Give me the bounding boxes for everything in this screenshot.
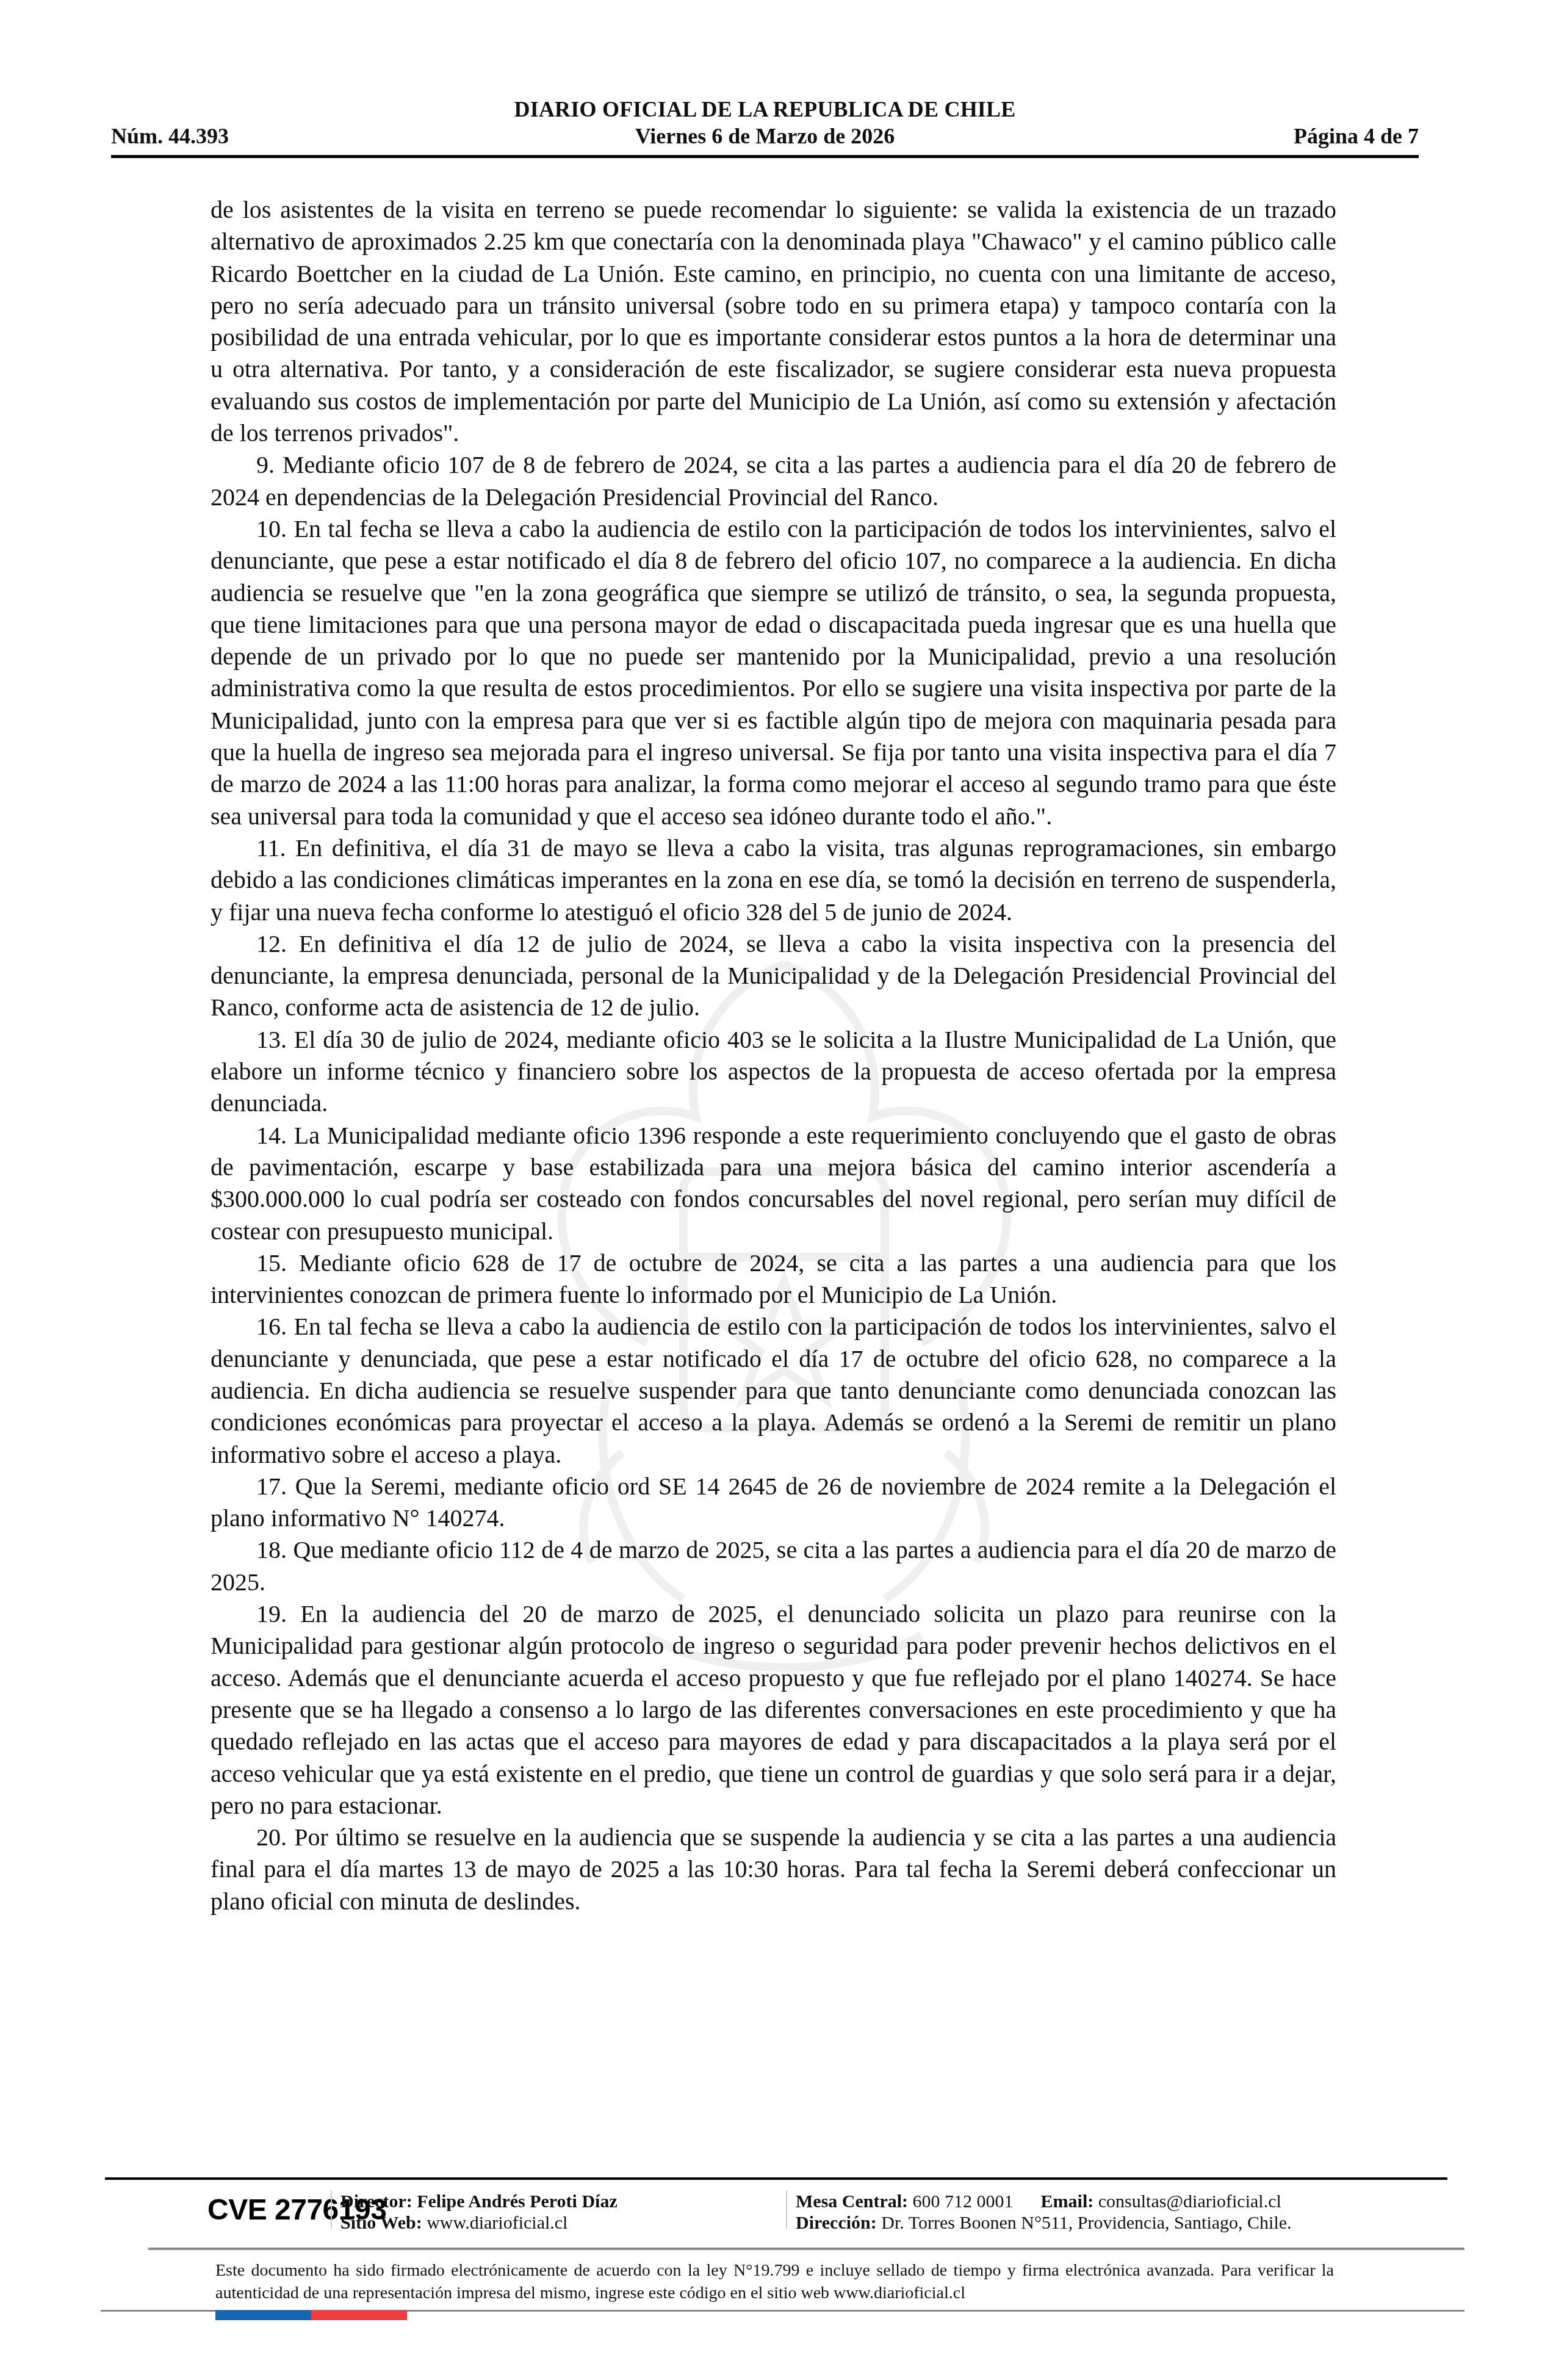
paragraph-continuation: de los asistentes de la visita en terren… (211, 194, 1336, 449)
header-divider (111, 155, 1419, 158)
paragraph-11: 11. En definitiva, el día 31 de mayo se … (211, 832, 1336, 928)
website-label: Sitio Web: (340, 2213, 422, 2233)
paragraph-12: 12. En definitiva el día 12 de julio de … (211, 928, 1336, 1024)
chile-flag-bar (215, 2310, 407, 2320)
publication-title: DIARIO OFICIAL DE LA REPUBLICA DE CHILE (111, 96, 1419, 122)
flag-blue-stripe (215, 2310, 311, 2320)
issue-date: Viernes 6 de Marzo de 2026 (111, 123, 1419, 149)
page-header: DIARIO OFICIAL DE LA REPUBLICA DE CHILE … (111, 92, 1419, 159)
paragraph-15: 15. Mediante oficio 628 de 17 de octubre… (211, 1247, 1336, 1311)
email-label: Email: (1041, 2191, 1094, 2212)
director-name: Felipe Andrés Peroti Díaz (417, 2191, 618, 2212)
paragraph-20: 20. Por último se resuelve en la audienc… (211, 1822, 1336, 1917)
legal-notice: Este documento ha sido firmado electróni… (215, 2259, 1334, 2304)
address-label: Dirección: (796, 2213, 877, 2233)
phone-number: 600 712 0001 (913, 2191, 1014, 2212)
paragraph-10: 10. En tal fecha se lleva a cabo la audi… (211, 513, 1336, 832)
address-text: Dr. Torres Boonen N°511, Providencia, Sa… (881, 2213, 1291, 2233)
flag-red-stripe (311, 2310, 407, 2320)
footer-separator (786, 2191, 787, 2229)
footer-contact-block: Mesa Central: 600 712 0001 Email: consul… (796, 2191, 1292, 2234)
footer-info: CVE 2776193 Director: Felipe Andrés Pero… (98, 2191, 1464, 2240)
paragraph-9: 9. Mediante oficio 107 de 8 de febrero d… (211, 449, 1336, 513)
phone-label: Mesa Central: (796, 2191, 908, 2212)
page-indicator: Página 4 de 7 (1294, 123, 1419, 149)
paragraph-19: 19. En la audiencia del 20 de marzo de 2… (211, 1598, 1336, 1822)
footer-director-block: Director: Felipe Andrés Peroti Díaz Siti… (340, 2191, 618, 2234)
paragraph-13: 13. El día 30 de julio de 2024, mediante… (211, 1024, 1336, 1120)
footer-divider-middle (148, 2248, 1464, 2250)
footer-divider-top (105, 2177, 1447, 2180)
paragraph-16: 16. En tal fecha se lleva a cabo la audi… (211, 1311, 1336, 1470)
header-meta-row: Núm. 44.393 Viernes 6 de Marzo de 2026 P… (111, 123, 1419, 151)
website-link[interactable]: www.diarioficial.cl (427, 2213, 567, 2233)
director-label: Director: (340, 2191, 412, 2212)
email-link[interactable]: consultas@diarioficial.cl (1098, 2191, 1281, 2212)
paragraph-14: 14. La Municipalidad mediante oficio 139… (211, 1120, 1336, 1247)
footer-separator (331, 2191, 332, 2229)
paragraph-18: 18. Que mediante oficio 112 de 4 de marz… (211, 1534, 1336, 1598)
document-body: de los asistentes de la visita en terren… (211, 194, 1336, 1917)
paragraph-17: 17. Que la Seremi, mediante oficio ord S… (211, 1471, 1336, 1535)
